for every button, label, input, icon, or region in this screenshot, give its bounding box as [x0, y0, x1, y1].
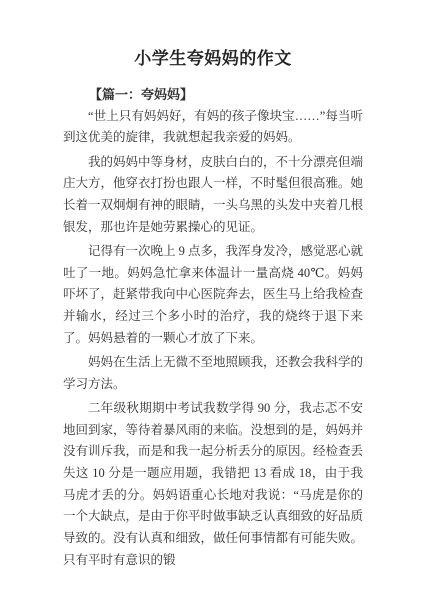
document-page: 小学生夸妈妈的作文 【篇一：夸妈妈】 “世上只有妈妈好，有妈的孩子像块宝……”每… — [0, 0, 424, 600]
essay-paragraph: “世上只有妈妈好，有妈的孩子像块宝……”每当听到这优美的旋律，我就想起我亲爱的妈… — [63, 106, 363, 149]
essay-title: 小学生夸妈妈的作文 — [63, 46, 363, 72]
essay-paragraph: 二年级秋期期中考试我数学得 90 分，我忐忑不安地回到家，等待着暴风雨的来临。没… — [63, 398, 363, 572]
essay-paragraph: 我的妈妈中等身材，皮肤白白的，不十分漂亮但端庄大方，他穿衣打扮也跟人一样，不时髦… — [63, 152, 363, 239]
essay-paragraph: 妈妈在生活上无微不至地照顾我，还教会我科学的学习方法。 — [63, 352, 363, 395]
section-heading: 【篇一：夸妈妈】 — [63, 84, 363, 106]
essay-paragraph: 记得有一次晚上 9 点多，我浑身发冷，感觉恶心就吐了一地。妈妈急忙拿来体温计一量… — [63, 241, 363, 350]
